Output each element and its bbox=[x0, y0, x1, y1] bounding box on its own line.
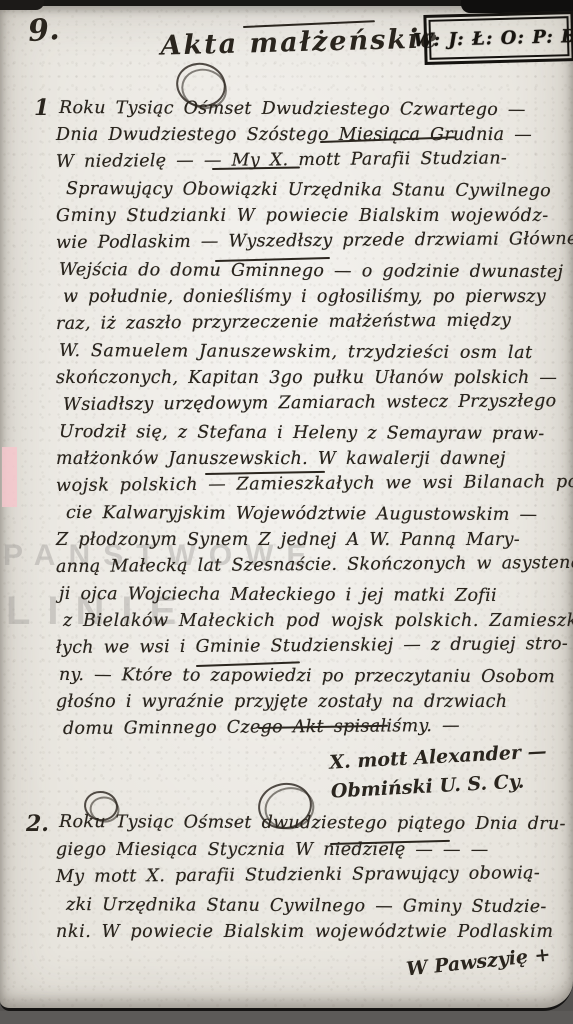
manuscript-line: Wejścia do domu Gminnego — o godzinie dw… bbox=[59, 257, 562, 286]
page-title: Akta małżeńskie bbox=[150, 23, 451, 62]
registrar-signature: X. mott Alexander — Obmiński U. S. Cy. bbox=[329, 737, 549, 806]
manuscript-line: wie Podlaskim — Wyszedłszy przede drzwia… bbox=[56, 226, 559, 257]
manuscript-line: ji ojca Wojciecha Małeckiego i jej matki… bbox=[59, 581, 562, 610]
manuscript-line: ny. — Które to zapowiedzi po przeczytani… bbox=[59, 662, 562, 691]
manuscript-line: raz, iż zaszło przyrzeczenie małżeństwa … bbox=[56, 307, 559, 338]
manuscript-line: Roku Tysiąc Ośmset dwudziestego piątego … bbox=[59, 809, 562, 839]
pink-archive-marker bbox=[2, 447, 17, 507]
manuscript-line: anną Małecką lat Szesnaście. Skończonych… bbox=[56, 550, 559, 581]
archive-stamp-border: W: J: Ł: O: P: B. bbox=[429, 16, 570, 60]
manuscript-line: My mott X. parafii Studzienki Sprawujący… bbox=[56, 860, 559, 891]
manuscript-line: łych we wsi i Gminie Studzienskiej — z d… bbox=[56, 631, 559, 662]
manuscript-line: Urodził się, z Stefana i Heleny z Semayr… bbox=[59, 419, 562, 448]
entry-2-signature: W Pawszyię + bbox=[405, 943, 551, 980]
archive-stamp-text: W: J: Ł: O: P: B. bbox=[413, 25, 573, 50]
entry-1-text: Roku Tysiąc Ośmset Dwudziestego Czwarteg… bbox=[56, 95, 559, 743]
manuscript-line: W niedzielę — — My X. mott Parafii Studz… bbox=[56, 145, 559, 176]
scan-edge-top-left bbox=[0, 0, 44, 10]
paper-sheet: PAŃSTWOWE LINIE 9. Akta małżeńskie W: J:… bbox=[0, 5, 573, 1011]
entry-2-text: Roku Tysiąc Ośmset dwudziestego piątego … bbox=[56, 809, 559, 947]
manuscript-line: Roku Tysiąc Ośmset Dwudziestego Czwarteg… bbox=[59, 95, 562, 124]
manuscript-line: W. Samuelem Januszewskim, trzydzieści os… bbox=[59, 338, 562, 367]
manuscript-line: Sprawujący Obowiązki Urzędnika Stanu Cyw… bbox=[66, 176, 562, 205]
manuscript-line: cie Kalwaryjskim Województwie Augustowsk… bbox=[66, 500, 562, 529]
manuscript-line: zki Urzędnika Stanu Cywilnego — Gminy St… bbox=[66, 892, 562, 922]
manuscript-line: Wsiadłszy urzędowym Zamiarach wstecz Prz… bbox=[63, 388, 559, 419]
manuscript-line: nki. W powiecie Bialskim województwie Po… bbox=[56, 919, 559, 947]
scan-edge-bottom bbox=[0, 1011, 573, 1024]
manuscript-line: wojsk polskich — Zamieszkałych we wsi Bi… bbox=[56, 469, 559, 500]
scanned-register-page: PAŃSTWOWE LINIE 9. Akta małżeńskie W: J:… bbox=[0, 0, 573, 1024]
entry-2-number: 2. bbox=[26, 811, 49, 837]
archive-stamp: W: J: Ł: O: P: B. bbox=[423, 11, 573, 65]
entry-1-number: 1 bbox=[34, 95, 49, 121]
page-number: 9. bbox=[27, 12, 61, 49]
